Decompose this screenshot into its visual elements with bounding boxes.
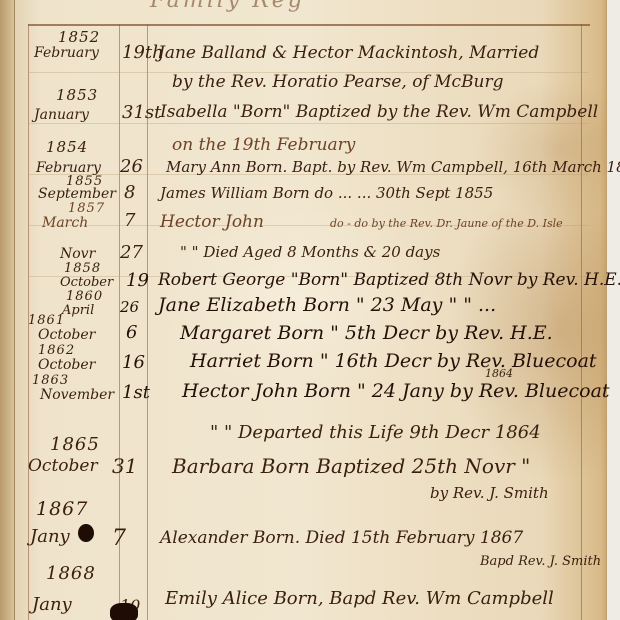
entry-text: Hector John Born " 24 Jany by Rev. Bluec… [182,382,610,401]
entry-year: 1862 [38,344,75,357]
entry-year: 1854 [46,140,88,155]
entry-year: 1863 [32,374,69,387]
entry-year: 1861 [28,314,65,327]
entry-text: Alexander Born. Died 15th February 1867 [160,530,523,547]
entry-note: on the 19th February [172,137,355,154]
entry-day: 26 [120,300,139,315]
entry-text: Mary Ann Born. Bapt. by Rev. Wm Campbell… [166,160,620,175]
entry-day: 31st [122,104,161,122]
entry-year: 1868 [46,565,96,583]
entry-note-year: 1864 [485,368,513,379]
entry-note: by Rev. J. Smith [430,486,549,501]
entry-year: 1852 [58,30,100,45]
entry-day: 7 [112,528,126,550]
entry-text: Margaret Born " 5th Decr by Rev. H.E. [180,324,553,343]
entry-month: October [28,458,98,475]
entry-note: Bapd Rev. J. Smith [480,555,601,568]
entry-day: 19 [126,272,149,290]
entry-text: Jane Balland & Hector Mackintosh, Marrie… [158,45,539,62]
entry-year: 1860 [66,290,103,303]
entry-month: November [40,388,114,402]
entry-day: 8 [124,184,135,202]
entry-day: 6 [126,324,137,342]
entry-text: James William Born do ... ... 30th Sept … [160,186,493,201]
entry-month: Novr [60,247,95,261]
page-title: Family Reg [150,0,390,12]
entry-month: Jany [30,528,70,546]
entry-text: Harriet Born " 16th Decr by Rev. Bluecoa… [190,352,597,371]
entry-year: 1857 [68,202,105,215]
entry-text: Barbara Born Baptized 25th Novr " [172,456,530,476]
entry-month: October [60,276,113,289]
entry-month: January [34,108,89,122]
entry-note: by the Rev. Horatio Pearse, of McBurg [172,74,504,91]
entry-text: " " Departed this Life 9th Decr 1864 [210,424,541,442]
entry-text: Isabella "Born" Baptized by the Rev. Wm … [160,104,598,121]
header-rule [28,24,590,26]
ruled-line [28,123,588,124]
entry-text: " " Died Aged 8 Months & 20 days [180,245,440,260]
entry-month: September [38,187,116,201]
entry-text: Robert George "Born" Baptized 8th Novr b… [158,272,620,289]
entry-day: 7 [124,212,135,230]
entry-day: 31 [112,456,137,476]
book-binding [0,0,15,620]
entry-month: Jany [32,596,72,614]
ink-blot [110,603,138,620]
entry-day: 1st [122,384,150,402]
entry-month: April [62,304,94,317]
entry-day: 16 [122,354,145,372]
entry-year: 1858 [64,262,101,275]
entry-year: 1865 [50,436,100,454]
entry-note: do - do by the Rev. Dr. Jaune of the D. … [330,218,563,229]
register-page: Family Reg 1852 February 19th Jane Balla… [0,0,620,620]
entry-month: October [38,358,95,372]
paper-edge [606,0,620,620]
entry-year: 1853 [56,88,98,103]
entry-text: Emily Alice Born, Bapd Rev. Wm Campbell [165,590,554,608]
entry-day: 26 [120,158,143,176]
entry-month: February [34,46,99,60]
entry-day: 27 [120,244,143,262]
entry-text: Jane Elizabeth Born " 23 May " " ... [158,296,496,315]
ink-blot [78,524,94,542]
entry-month: October [38,328,95,342]
entry-month: February [36,161,101,175]
entry-month: March [42,216,88,230]
entry-year: 1867 [36,500,88,519]
entry-text: Hector John [160,214,264,231]
